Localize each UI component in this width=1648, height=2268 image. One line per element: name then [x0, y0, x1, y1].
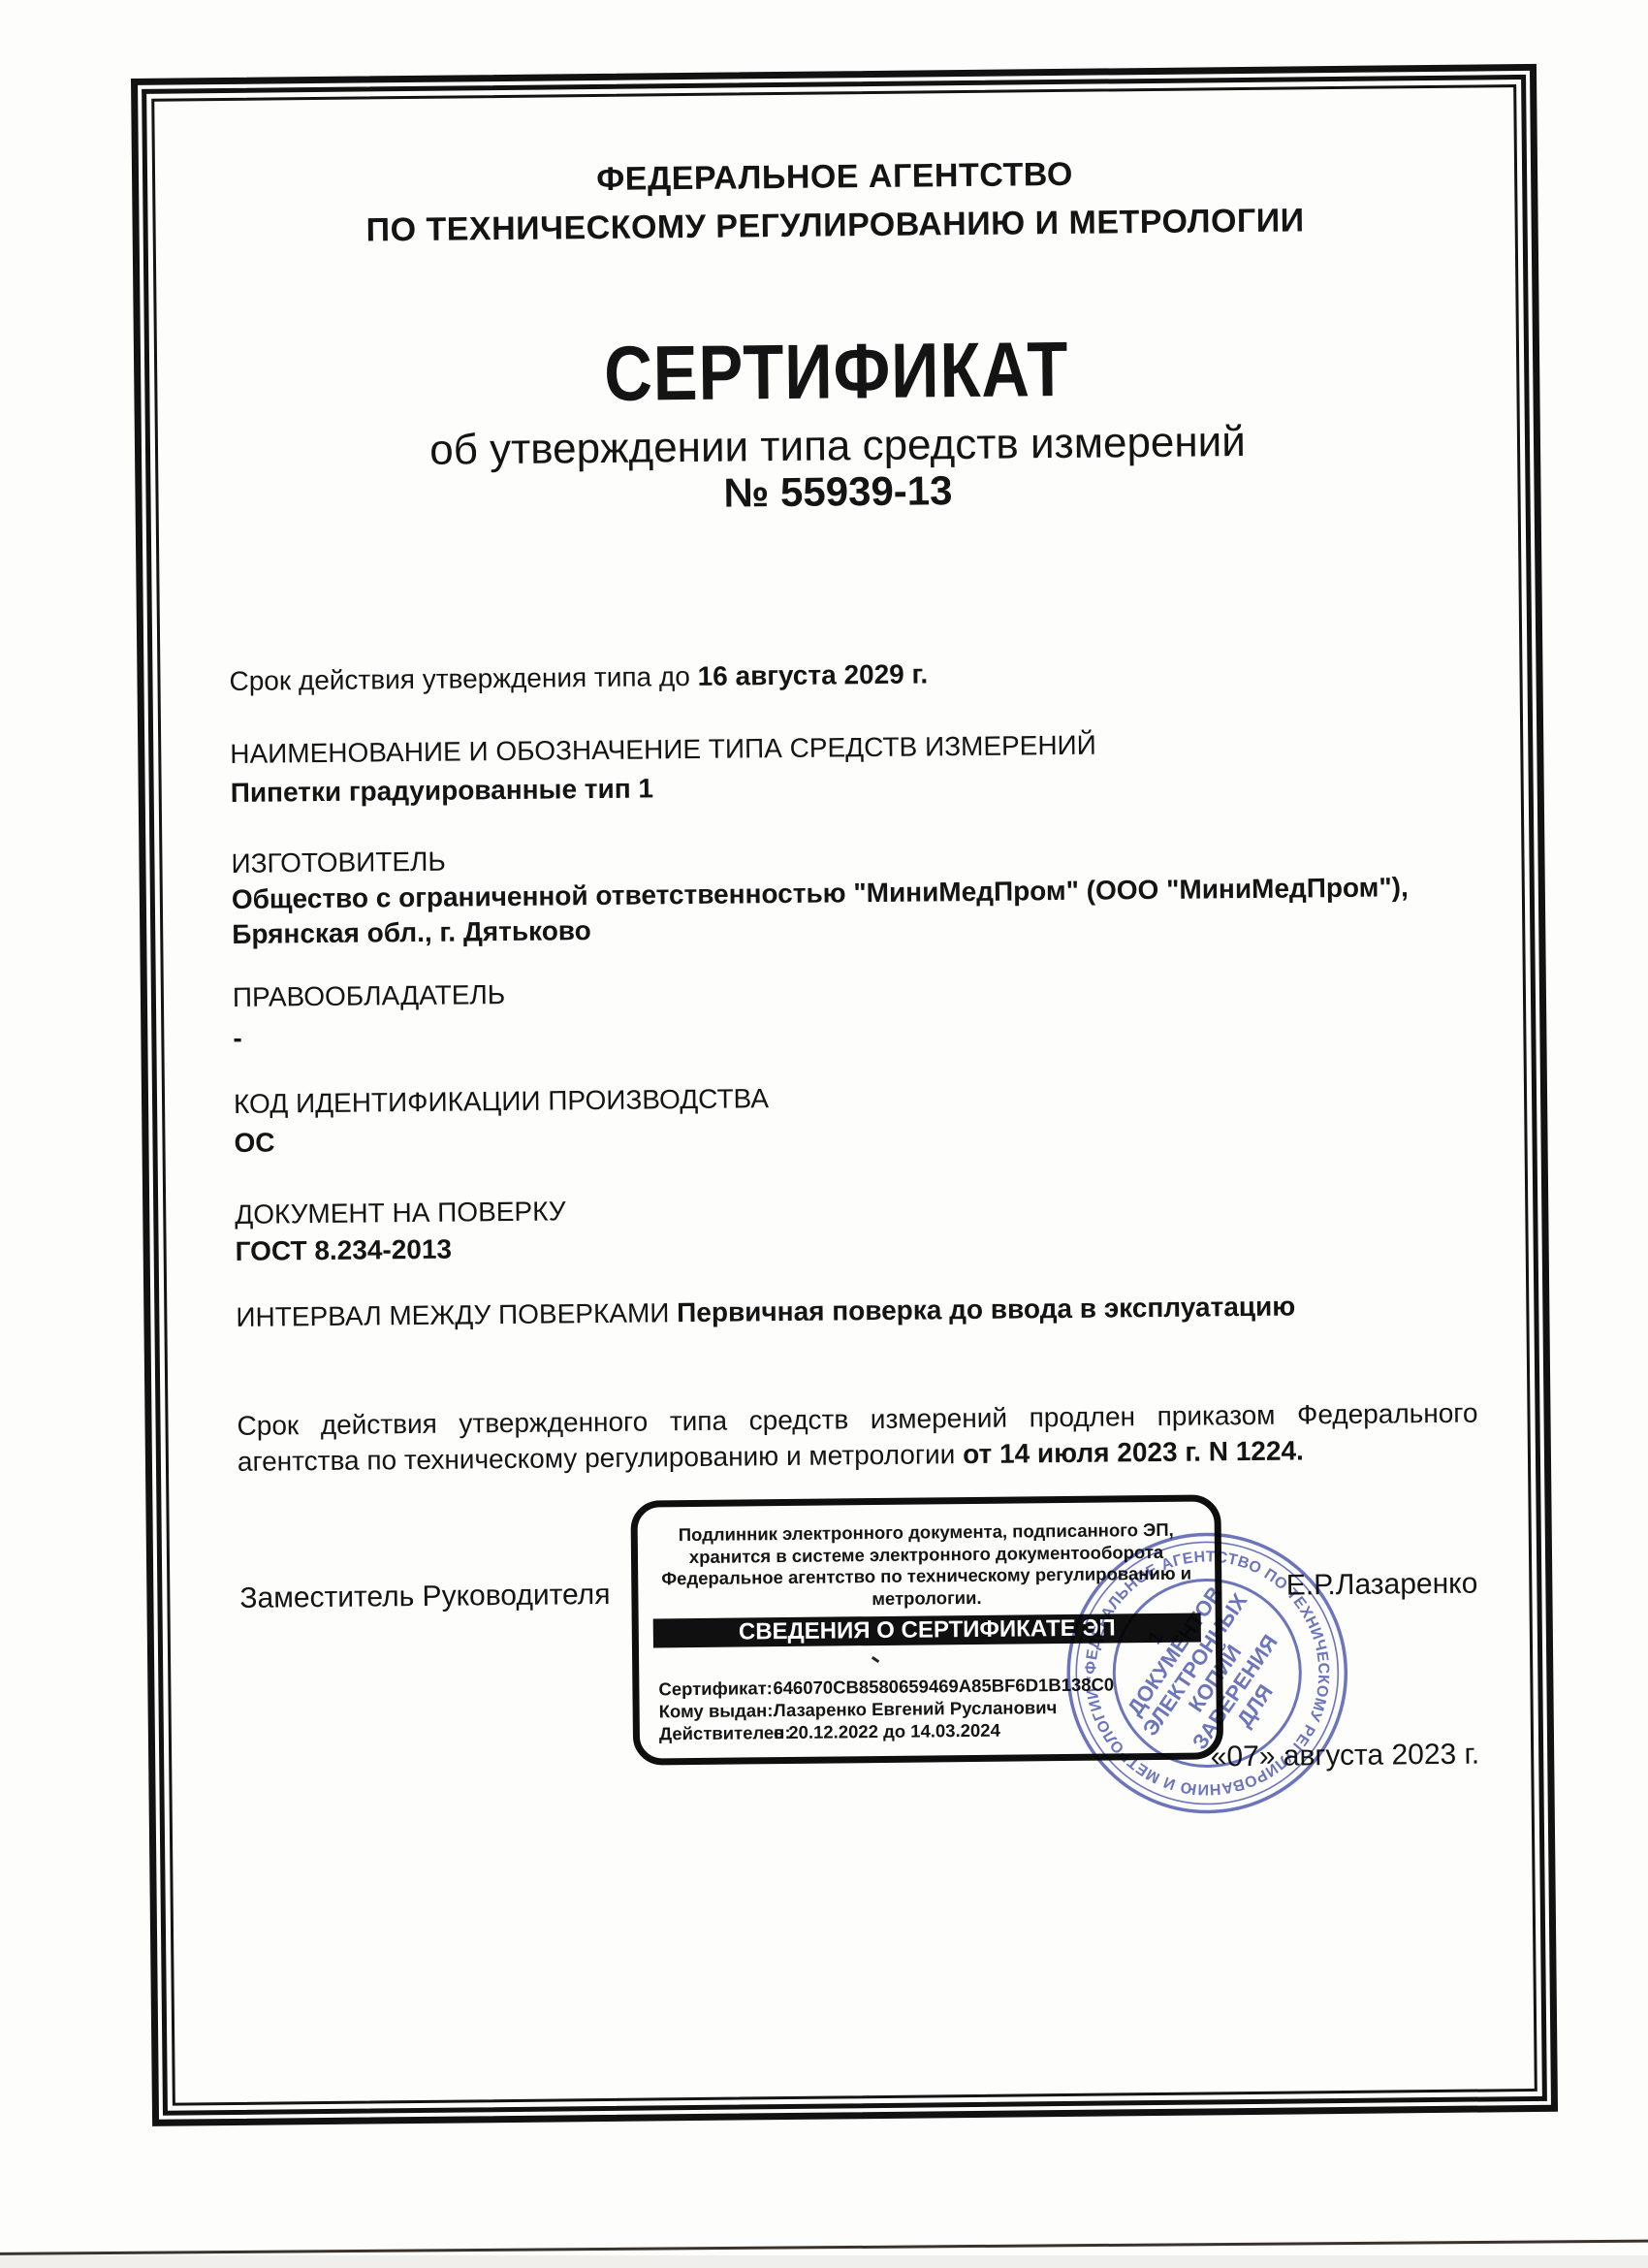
validity-label: Срок действия утверждения типа до [229, 661, 697, 696]
extension-order-ref: от 14 июля 2023 г. N 1224. [963, 1435, 1304, 1469]
esignature-row-certificate-label: Сертификат: [658, 1677, 773, 1700]
validity-value: 16 августа 2029 г. [697, 658, 928, 690]
signatory-position: Заместитель Руководителя [239, 1579, 610, 1615]
scanned-certificate-page: { "header": { "line1": "ФЕДЕРАЛЬНОЕ АГЕН… [0, 0, 1648, 2268]
scanner-background [0, 2255, 1648, 2268]
interval-value: Первичная поверка до ввода в эксплуатаци… [677, 1291, 1295, 1327]
round-stamp-graphic: ФЕДЕРАЛЬНОЕ АГЕНТСТВО ПО ТЕХНИЧЕСКОМУ РЕ… [1061, 1526, 1354, 1820]
scan-artifact-tick [872, 1656, 879, 1663]
paper-bottom-edge [0, 2239, 1648, 2255]
certificate-title-text: СЕРТИФИКАТ [604, 329, 1069, 415]
interval-label: ИНТЕРВАЛ МЕЖДУ ПОВЕРКАМИ [236, 1297, 677, 1332]
round-stamp: ФЕДЕРАЛЬНОЕ АГЕНТСТВО ПО ТЕХНИЧЕСКОМУ РЕ… [1061, 1526, 1354, 1820]
certificate-sheet: ФЕДЕРАЛЬНОЕ АГЕНТСТВО ПО ТЕХНИЧЕСКОМУ РЕ… [131, 64, 1558, 2126]
esignature-row-issued-to-label: Кому выдан: [659, 1699, 774, 1722]
extension-paragraph: Срок действия утвержденного типа средств… [237, 1395, 1478, 1480]
esignature-row-valid-label: Действителен: [659, 1721, 774, 1744]
certificate-title: СЕРТИФИКАТ [134, 324, 1540, 420]
agency-header: ФЕДЕРАЛЬНОЕ АГЕНТСТВО ПО ТЕХНИЧЕСКОМУ РЕ… [132, 145, 1538, 257]
